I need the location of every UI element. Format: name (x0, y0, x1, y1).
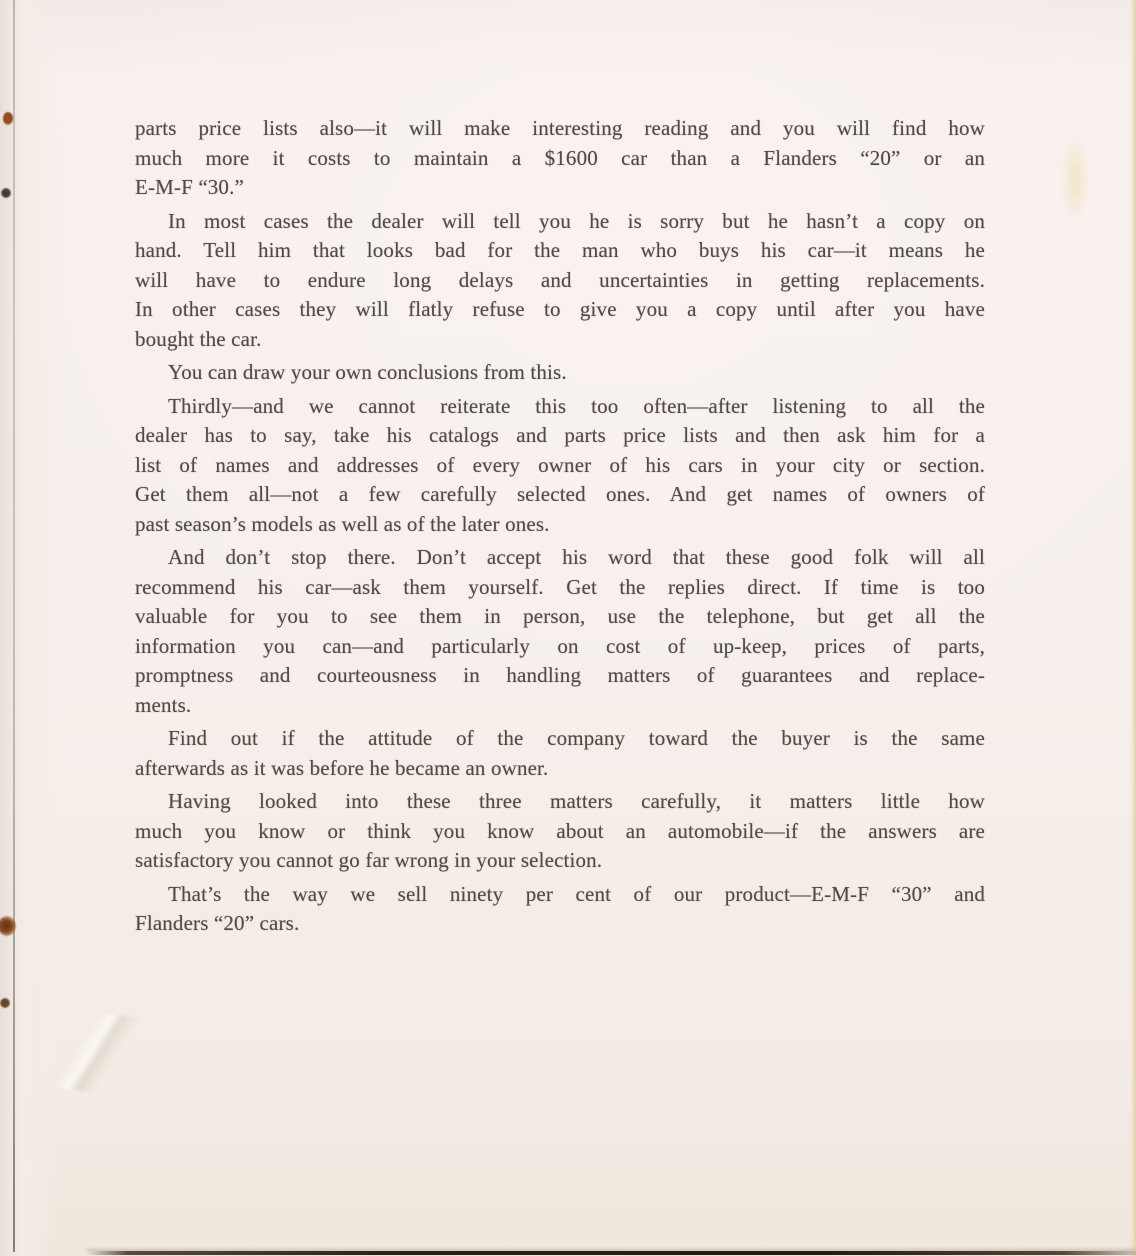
text-line: much you know or think you know about an… (135, 817, 985, 847)
text-line: dealer has to say, take his catalogs and… (135, 421, 985, 451)
text-line: list of names and addresses of every own… (135, 451, 985, 481)
text-line: much more it costs to maintain a $1600 c… (135, 144, 985, 174)
text-line: E-M-F “30.” (135, 173, 985, 203)
text-line: In most cases the dealer will tell you h… (135, 207, 985, 237)
text-line: Having looked into these three matters c… (135, 787, 985, 817)
paper-crease (12, 1003, 171, 1101)
text-line: satisfactory you cannot go far wrong in … (135, 846, 985, 876)
text-line: And don’t stop there. Don’t accept his w… (135, 543, 985, 573)
text-line: ments. (135, 691, 985, 721)
text-line: You can draw your own conclusions from t… (135, 358, 985, 388)
binding-mark (0, 998, 10, 1008)
text-line: That’s the way we sell ninety per cent o… (135, 880, 985, 910)
scan-bottom-edge (86, 1251, 1136, 1255)
binding-mark (3, 112, 13, 125)
scanned-page: parts price lists also—it will make inte… (0, 0, 1136, 1256)
page-text: parts price lists also—it will make inte… (135, 114, 985, 943)
text-line: Find out if the attitude of the company … (135, 724, 985, 754)
paragraph: Thirdly—and we cannot reiterate this too… (135, 392, 985, 540)
next-page-edge (1130, 0, 1136, 1256)
paragraph: You can draw your own conclusions from t… (135, 358, 985, 388)
text-line: will have to endure long delays and unce… (135, 266, 985, 296)
binding-mark (1, 188, 11, 198)
text-line: parts price lists also—it will make inte… (135, 114, 985, 144)
paragraph: In most cases the dealer will tell you h… (135, 207, 985, 355)
text-line: valuable for you to see them in person, … (135, 602, 985, 632)
text-line: afterwards as it was before he became an… (135, 754, 985, 784)
paragraph: That’s the way we sell ninety per cent o… (135, 880, 985, 939)
paragraph: parts price lists also—it will make inte… (135, 114, 985, 203)
text-line: past season’s models as well as of the l… (135, 510, 985, 540)
text-line: promptness and courteousness in handling… (135, 661, 985, 691)
text-line: Flanders “20” cars. (135, 909, 985, 939)
scan-stain (1062, 138, 1088, 220)
paragraph: Having looked into these three matters c… (135, 787, 985, 876)
text-line: hand. Tell him that looks bad for the ma… (135, 236, 985, 266)
text-line: In other cases they will flatly refuse t… (135, 295, 985, 325)
text-line: Thirdly—and we cannot reiterate this too… (135, 392, 985, 422)
text-line: bought the car. (135, 325, 985, 355)
paragraph: Find out if the attitude of the company … (135, 724, 985, 783)
text-line: information you can—and particularly on … (135, 632, 985, 662)
text-line: Get them all—not a few carefully selecte… (135, 480, 985, 510)
paragraph: And don’t stop there. Don’t accept his w… (135, 543, 985, 720)
text-line: recommend his car—ask them yourself. Get… (135, 573, 985, 603)
